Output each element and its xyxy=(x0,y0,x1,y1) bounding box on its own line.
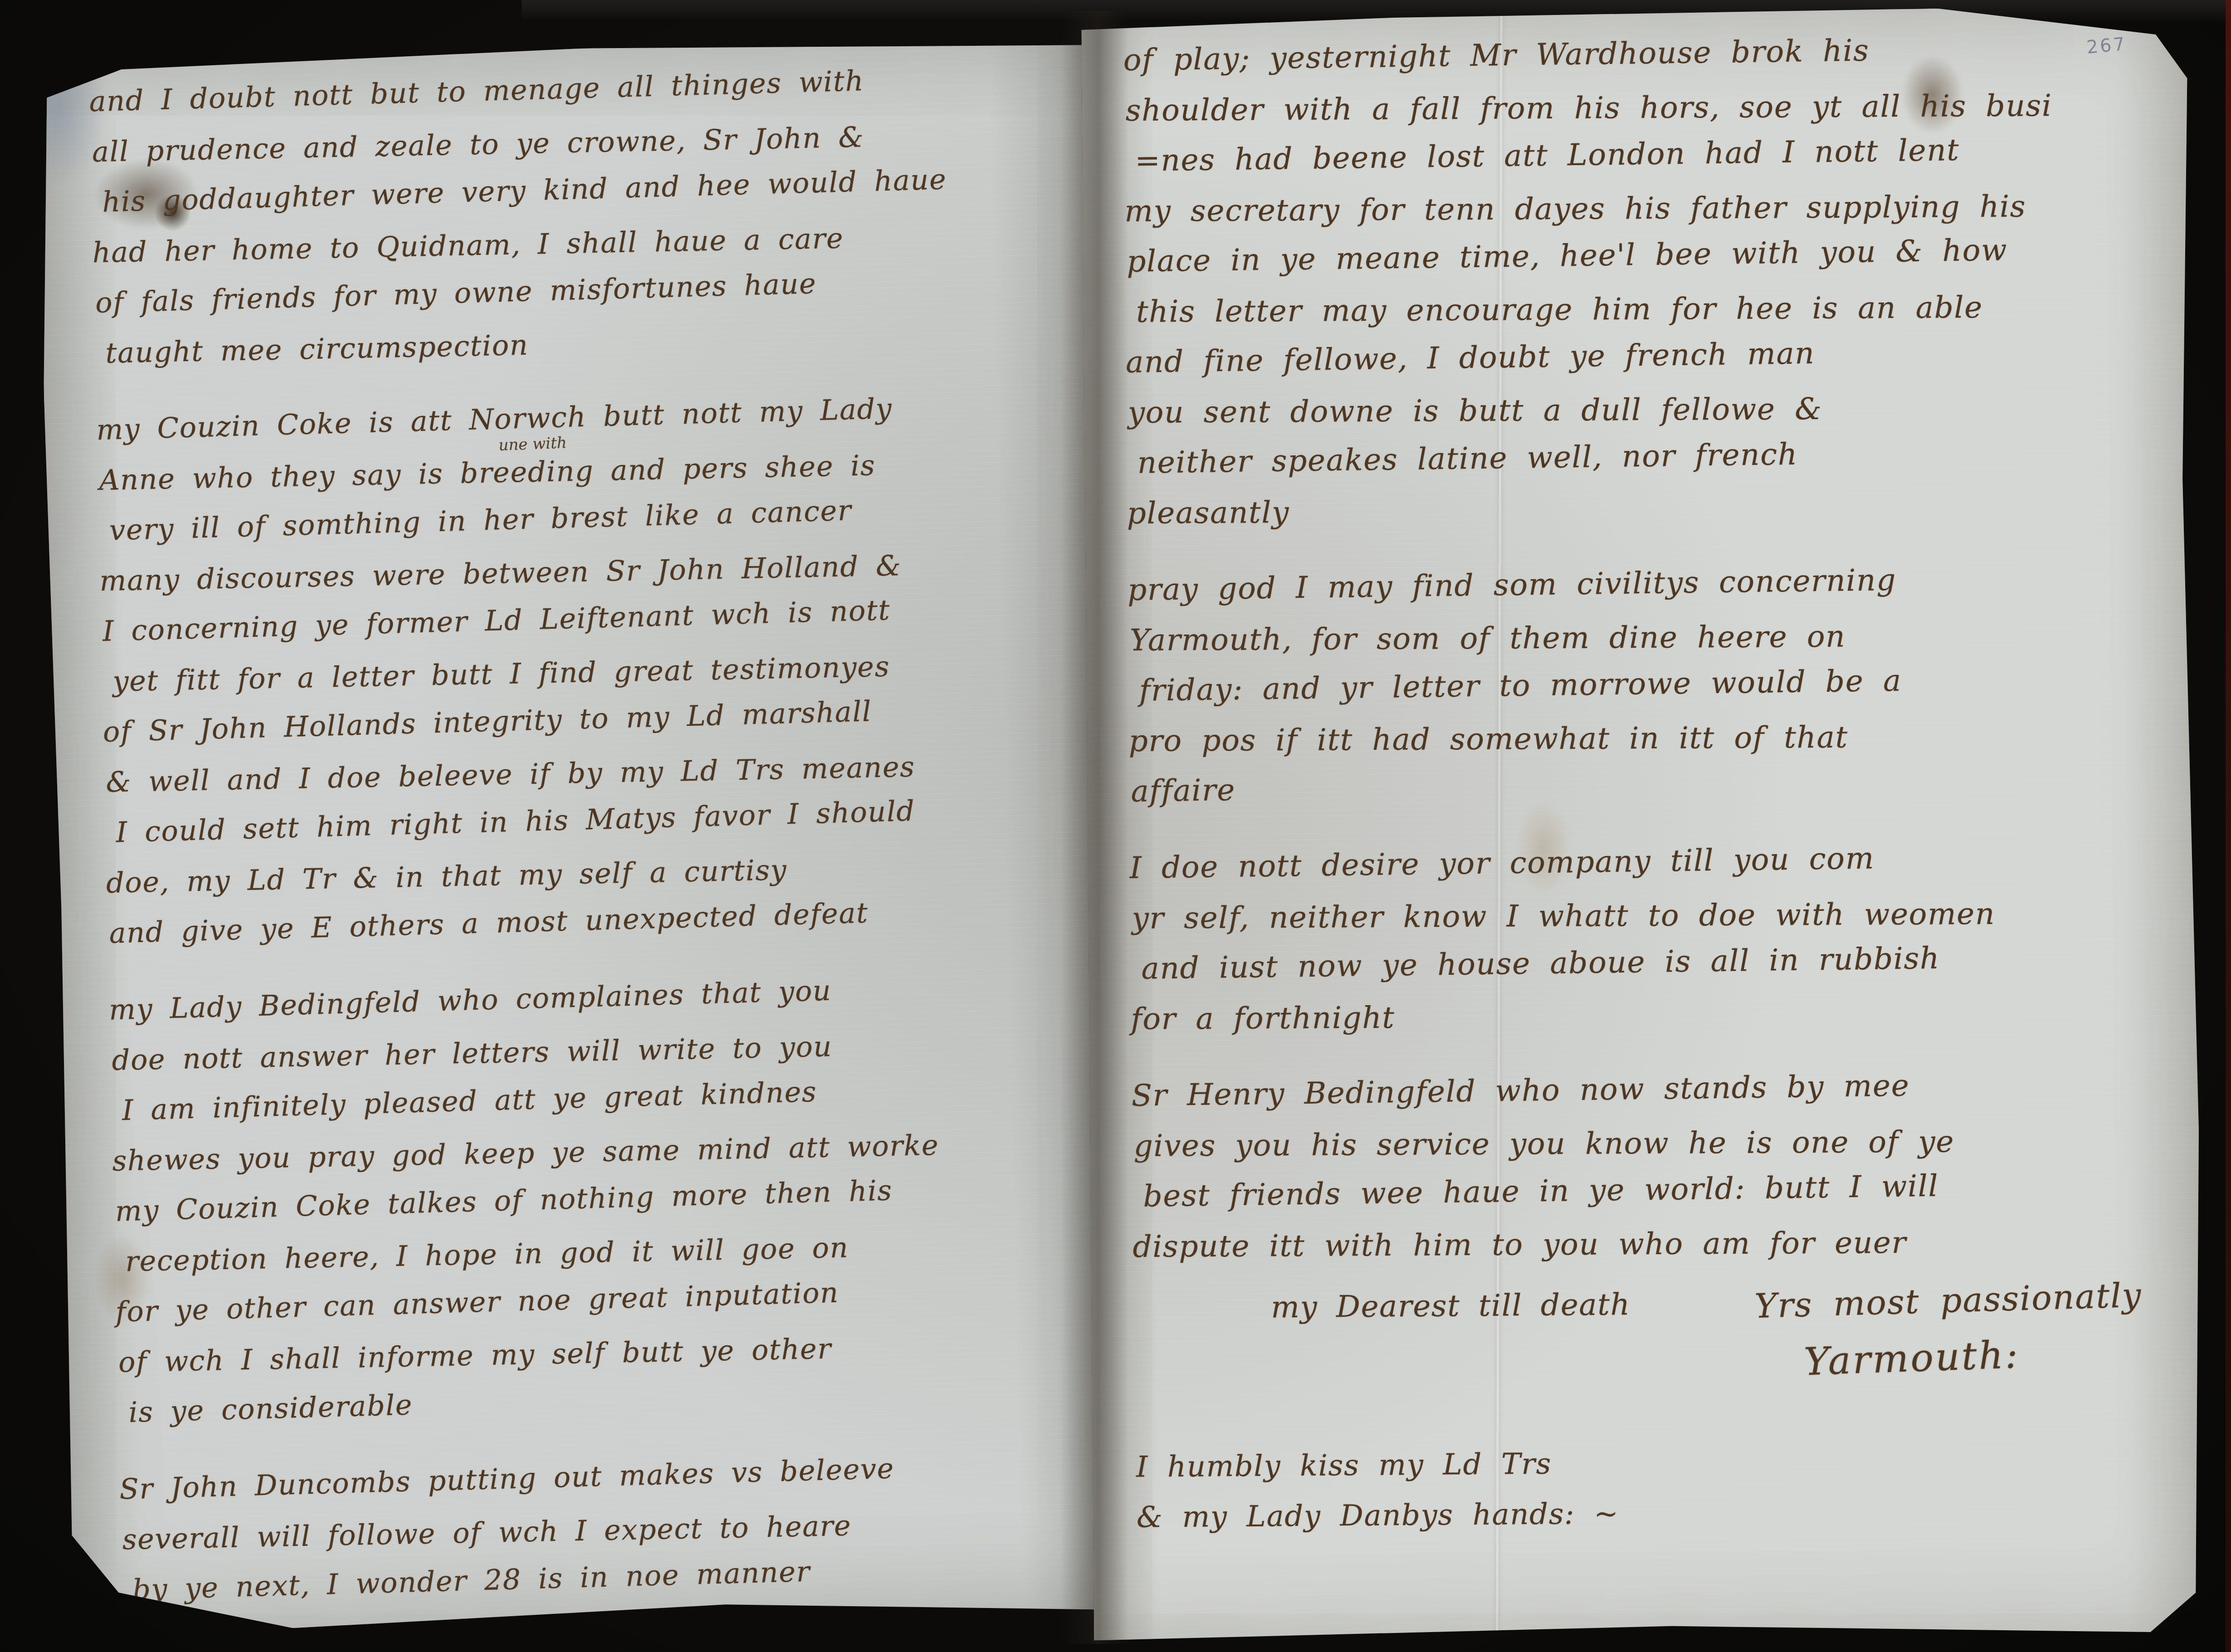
book-cover-edge xyxy=(2226,0,2231,1652)
paragraph: Sr Henry Bedingfeld who now stands by me… xyxy=(1133,1062,2191,1272)
paragraph: I doe nott desire yor company till you c… xyxy=(1131,835,2189,1044)
handwritten-line: for a forthnight xyxy=(1131,988,2190,1044)
handwritten-line: pleasantly xyxy=(1127,483,2186,538)
paragraph: of play; yesternight Mr Wardhouse brok h… xyxy=(1125,27,2186,538)
right-page-paragraphs: of play; yesternight Mr Wardhouse brok h… xyxy=(1125,27,2191,1272)
postscript-line: & my Lady Danbys hands: ~ xyxy=(1137,1485,2194,1543)
closing-farewell: my Dearest till death xyxy=(1271,1277,1631,1334)
paragraph: and I doubt nott but to menage all thing… xyxy=(90,55,1084,378)
postscript: I humbly kiss my Ld Trs & my Lady Danbys… xyxy=(1136,1434,2194,1543)
handwritten-line: dispute itt with him to you who am for e… xyxy=(1133,1216,2192,1272)
right-page-text: of play; yesternight Mr Wardhouse brok h… xyxy=(1125,27,2193,1543)
paragraph: pray god I may find som civilitys concer… xyxy=(1129,557,2187,816)
paragraph: my Couzin Coke is att Norwch butt nott m… xyxy=(98,383,1096,958)
manuscript-spread: and I doubt nott but to menage all thing… xyxy=(36,11,2200,1644)
paragraph: Sr John Duncombs putting out makes vs be… xyxy=(121,1442,1111,1615)
right-page: 267 of play; yesternight Mr Wardhouse br… xyxy=(1081,6,2206,1643)
left-page: and I doubt nott but to menage all thing… xyxy=(37,37,1128,1633)
handwritten-line: Sr Henry Bedingfeld who now stands by me… xyxy=(1131,1056,2190,1121)
handwritten-line: pray god I may find som civilitys concer… xyxy=(1127,551,2186,615)
postscript-line: I humbly kiss my Ld Trs xyxy=(1136,1434,2193,1493)
interlinear-insertion: une with xyxy=(498,434,567,455)
handwritten-line: of play; yesternight Mr Wardhouse brok h… xyxy=(1123,21,2182,85)
handwritten-line: I doe nott desire yor company till you c… xyxy=(1129,829,2188,893)
paragraph: my Lady Bedingfeld who complaines that y… xyxy=(110,963,1107,1437)
photograph-background: and I doubt nott but to menage all thing… xyxy=(0,0,2231,1652)
left-page-text: and I doubt nott but to menage all thing… xyxy=(90,55,1111,1615)
